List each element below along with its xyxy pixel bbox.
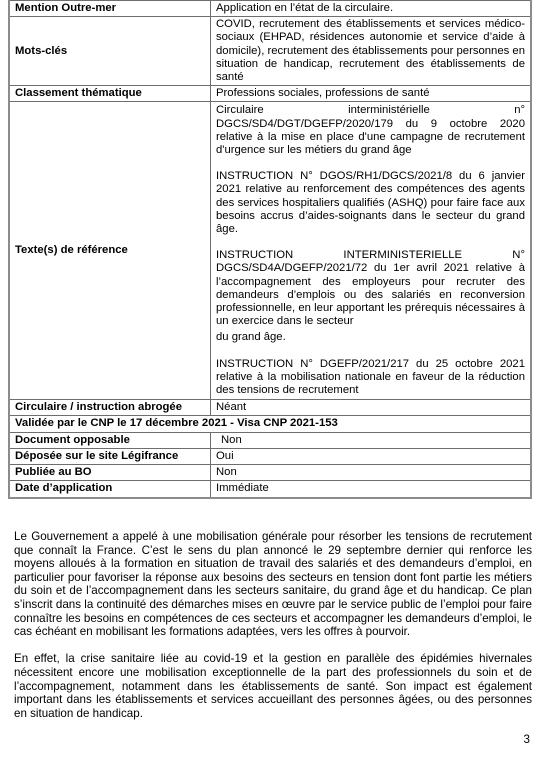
row-value: Non xyxy=(211,465,532,481)
row-value: Application en l’état de la circulaire. xyxy=(211,1,532,17)
page-number: 3 xyxy=(524,733,530,746)
reference-text: Circulaire interministérielle n° DGCS/SD… xyxy=(216,104,525,157)
paragraph: Le Gouvernement a appelé à une mobilisat… xyxy=(14,530,532,639)
row-label: Texte(s) de référence xyxy=(9,102,211,400)
reference-text: INSTRUCTION N° DGEFP/2021/217 du 25 octo… xyxy=(216,358,525,398)
reference-texts: Circulaire interministérielle n° DGCS/SD… xyxy=(211,102,532,400)
row-label: Mots-clés xyxy=(9,17,211,86)
circular-metadata-table: Mention Outre-mer Application en l’état … xyxy=(8,0,532,499)
row-value: Non xyxy=(211,432,532,448)
table-row: Validée par le CNP le 17 décembre 2021 -… xyxy=(9,416,531,432)
reference-text: INSTRUCTION INTERMINISTERIELLE N° DGCS/S… xyxy=(216,249,525,328)
body-text: Le Gouvernement a appelé à une mobilisat… xyxy=(14,530,532,734)
row-label: Date d’application xyxy=(9,481,211,498)
row-value: COVID, recrutement des établissements et… xyxy=(211,17,532,86)
table-row: Document opposable Non xyxy=(9,432,531,448)
table-row: Mention Outre-mer Application en l’état … xyxy=(9,1,531,17)
row-label: Publiée au BO xyxy=(9,465,211,481)
row-value: Oui xyxy=(211,448,532,464)
row-label: Mention Outre-mer xyxy=(9,1,211,17)
row-value: Néant xyxy=(211,400,532,416)
row-label: Circulaire / instruction abrogée xyxy=(9,400,211,416)
table-row: Texte(s) de référence Circulaire intermi… xyxy=(9,102,531,400)
table-row: Circulaire / instruction abrogée Néant xyxy=(9,400,531,416)
table-row: Déposée sur le site Légifrance Oui xyxy=(9,448,531,464)
row-label: Classement thématique xyxy=(9,86,211,102)
table-row: Date d’application Immédiate xyxy=(9,481,531,498)
validation-line: Validée par le CNP le 17 décembre 2021 -… xyxy=(9,416,531,432)
paragraph: En effet, la crise sanitaire liée au cov… xyxy=(14,652,532,720)
row-value: Professions sociales, professions de san… xyxy=(211,86,532,102)
row-value: Immédiate xyxy=(211,481,532,498)
table-row: Publiée au BO Non xyxy=(9,465,531,481)
table-row: Mots-clés COVID, recrutement des établis… xyxy=(9,17,531,86)
row-label: Document opposable xyxy=(9,432,211,448)
table-row: Classement thématique Professions social… xyxy=(9,86,531,102)
row-label: Déposée sur le site Légifrance xyxy=(9,448,211,464)
reference-text-continuation: du grand âge. xyxy=(216,331,525,344)
reference-text: INSTRUCTION N° DGOS/RH1/DGCS/2021/8 du 6… xyxy=(216,170,525,236)
